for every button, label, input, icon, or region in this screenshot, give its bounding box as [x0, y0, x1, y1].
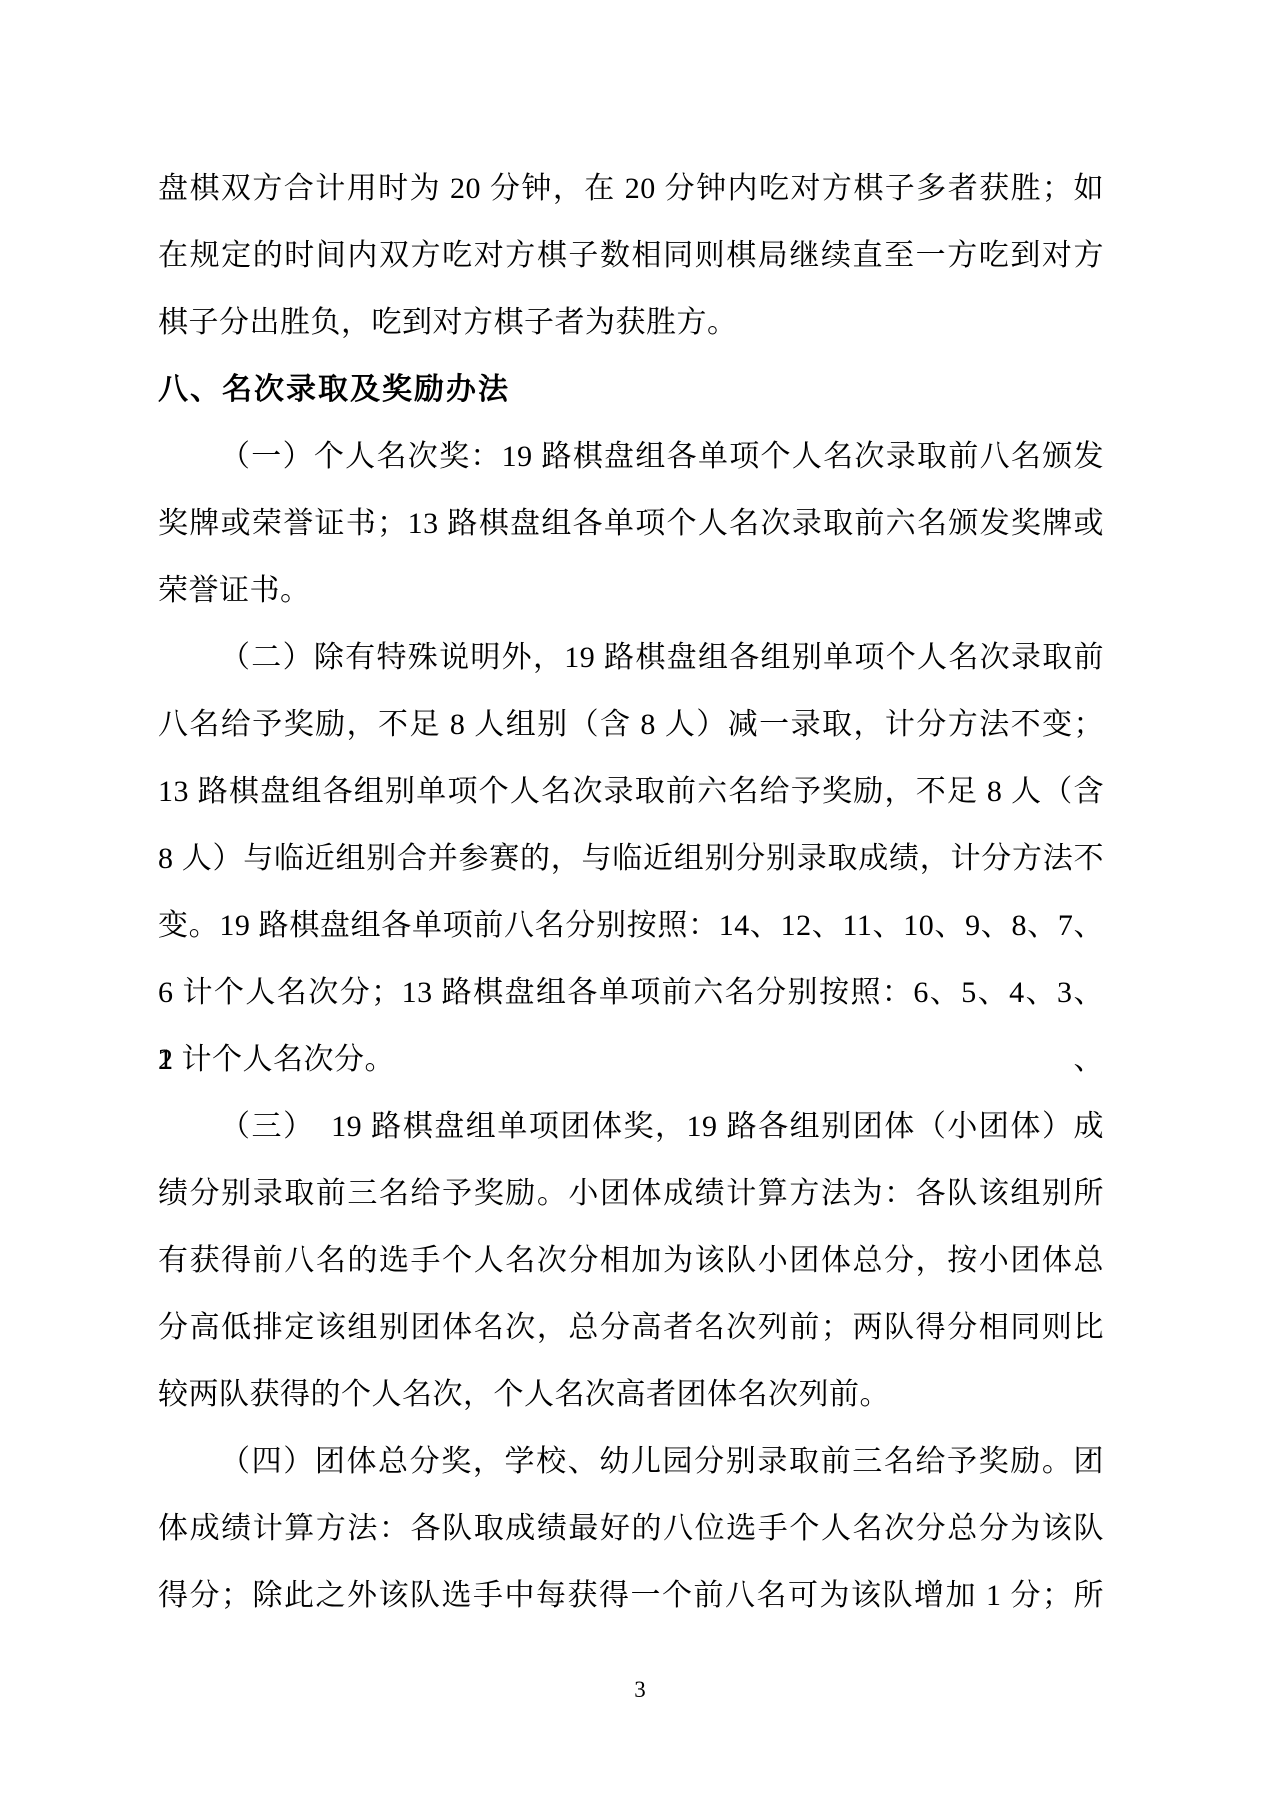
text-line: 较两队获得的个人名次，个人名次高者团体名次列前。	[158, 1361, 1104, 1428]
text-line: 变。19 路棋盘组各单项前八名分别按照：14、12、11、10、9、8、7、	[158, 892, 1104, 959]
text-line: （二）除有特殊说明外，19 路棋盘组各组别单项个人名次录取前	[158, 624, 1104, 691]
text-line: 绩分别录取前三名给予奖励。小团体成绩计算方法为：各队该组别所	[158, 1160, 1104, 1227]
text-line: 体成绩计算方法：各队取成绩最好的八位选手个人名次分总分为该队	[158, 1495, 1104, 1562]
text-line: （四）团体总分奖，学校、幼儿园分别录取前三名给予奖励。团	[158, 1428, 1104, 1495]
text-line: 8 人）与临近组别合并参赛的，与临近组别分别录取成绩，计分方法不	[158, 825, 1104, 892]
text-line: （三） 19 路棋盘组单项团体奖，19 路各组别团体（小团体）成	[158, 1093, 1104, 1160]
text-line: 奖牌或荣誉证书；13 路棋盘组各单项个人名次录取前六名颁发奖牌或	[158, 490, 1104, 557]
text-line: 在规定的时间内双方吃对方棋子数相同则棋局继续直至一方吃到对方	[158, 222, 1104, 289]
section-heading: 八、名次录取及奖励办法	[158, 356, 1104, 423]
text-line: 有获得前八名的选手个人名次分相加为该队小团体总分，按小团体总	[158, 1227, 1104, 1294]
document-body: 盘棋双方合计用时为 20 分钟，在 20 分钟内吃对方棋子多者获胜；如在规定的时…	[158, 155, 1104, 1629]
text-line: 盘棋双方合计用时为 20 分钟，在 20 分钟内吃对方棋子多者获胜；如	[158, 155, 1104, 222]
document-page: 盘棋双方合计用时为 20 分钟，在 20 分钟内吃对方棋子多者获胜；如在规定的时…	[0, 0, 1280, 1810]
text-line: 荣誉证书。	[158, 557, 1104, 624]
text-line: 棋子分出胜负，吃到对方棋子者为获胜方。	[158, 289, 1104, 356]
text-line: （一）个人名次奖：19 路棋盘组各单项个人名次录取前八名颁发	[158, 423, 1104, 490]
text-line: 分高低排定该组别团体名次，总分高者名次列前；两队得分相同则比	[158, 1294, 1104, 1361]
page-number: 3	[0, 1670, 1280, 1710]
text-line: 6 计个人名次分；13 路棋盘组各单项前六名分别按照：6、5、4、3、2、	[158, 959, 1104, 1026]
text-line: 13 路棋盘组各组别单项个人名次录取前六名给予奖励，不足 8 人（含	[158, 758, 1104, 825]
text-line: 八名给予奖励，不足 8 人组别（含 8 人）减一录取，计分方法不变；	[158, 691, 1104, 758]
text-line: 得分；除此之外该队选手中每获得一个前八名可为该队增加 1 分；所	[158, 1562, 1104, 1629]
